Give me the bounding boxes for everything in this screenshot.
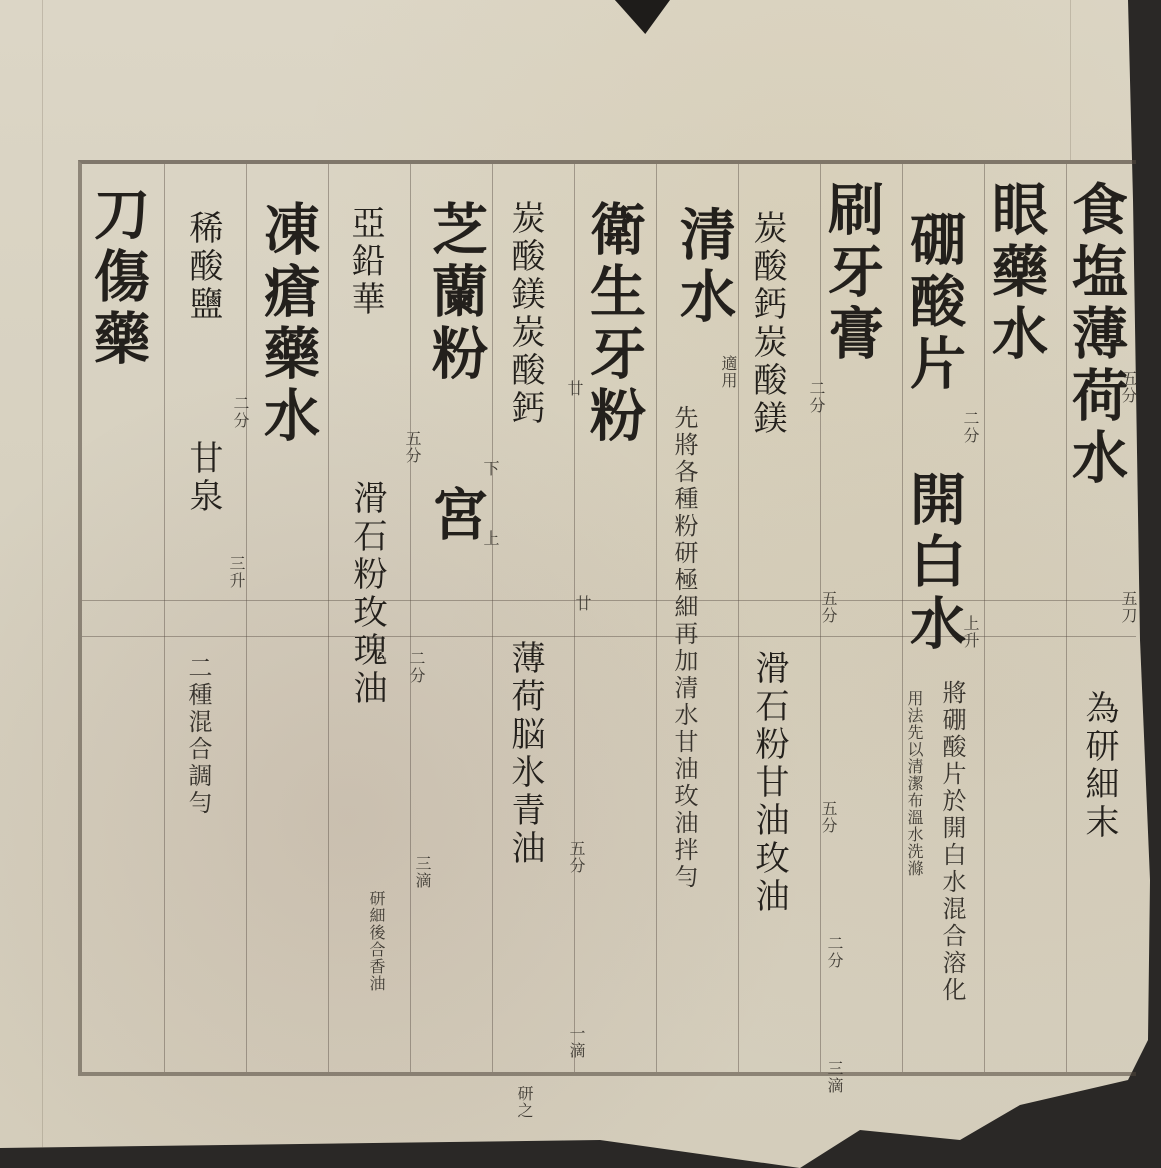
column-8-note: 一滴	[568, 1025, 584, 1059]
column-4-note: 二分	[808, 380, 824, 414]
column-6-ingredient: 清水	[676, 205, 732, 329]
column-12-instruction: 二種混合調勻	[186, 655, 210, 817]
column-rule	[328, 164, 329, 1072]
column-10-instruction: 研細後合香油	[368, 890, 384, 992]
column-12-ingredient: 甘泉	[186, 440, 220, 516]
column-10-note: 三滴	[414, 855, 430, 889]
column-5-note: 五分	[820, 800, 836, 834]
column-5-note: 五分	[820, 590, 836, 624]
column-9-note: 上	[482, 530, 498, 547]
column-rule	[492, 164, 493, 1072]
column-6-instruction: 先將各種粉研極細再加清水甘油玫油拌勻	[672, 405, 696, 891]
column-3-instruction: 將硼酸片於開白水混合溶化	[940, 680, 964, 1004]
column-3-usage: 用法先以清潔布溫水洗滌	[906, 690, 922, 877]
column-1-instruction: 為研細末	[1082, 690, 1116, 842]
column-8-note: 廿	[574, 595, 590, 612]
column-10-note: 五分	[404, 430, 420, 464]
column-8-ingredient: 薄荷脳氷青油	[508, 640, 542, 868]
column-5-ingredient: 滑石粉甘油玫油	[752, 650, 786, 916]
column-8-instruction: 研之	[516, 1085, 532, 1119]
column-1-note: 五分	[1120, 370, 1136, 404]
column-12-note: 三升	[228, 555, 244, 589]
column-5-note: 三滴	[826, 1060, 842, 1094]
column-8-note: 廿	[566, 380, 582, 397]
column-10-ingredient: 滑石粉玫瑰油	[350, 480, 384, 708]
fold-line-left	[42, 0, 43, 1148]
column-3-ingredient: 開白水	[906, 470, 962, 656]
column-3-ingredient: 硼酸片	[906, 210, 962, 396]
column-9-title: 芝蘭粉	[428, 200, 484, 386]
column-10-ingredient: 亞鉛華	[348, 205, 382, 319]
row-rule	[82, 600, 1136, 601]
column-6-note: 適用	[720, 355, 736, 389]
column-12-note: 二分	[232, 395, 248, 429]
column-10-note: 二分	[408, 650, 424, 684]
column-rule	[656, 164, 657, 1072]
column-3-note: 二分	[962, 410, 978, 444]
column-13-title: 刀傷藥	[90, 185, 146, 371]
column-rule	[738, 164, 739, 1072]
column-8-ingredient: 炭酸鎂炭酸鈣	[508, 200, 542, 428]
column-4-title: 刷牙膏	[824, 180, 880, 366]
column-3-note: 上升	[962, 615, 978, 649]
column-rule	[164, 164, 165, 1072]
column-5-note: 二分	[826, 935, 842, 969]
column-8-note: 五分	[568, 840, 584, 874]
fold-line	[1070, 0, 1071, 160]
column-9-note: 下	[482, 460, 498, 477]
column-7-title: 衛生牙粉	[586, 200, 642, 448]
column-5-ingredient: 炭酸鈣炭酸鎂	[750, 210, 784, 438]
column-2-title: 眼藥水	[988, 180, 1044, 366]
column-rule	[574, 164, 575, 1072]
column-12-ingredient: 稀酸鹽	[186, 210, 220, 324]
column-rule	[246, 164, 247, 1072]
column-9-title-cont: 宮	[428, 485, 484, 547]
column-11-title: 凍瘡藥水	[260, 200, 316, 448]
column-1-note: 五刀	[1120, 590, 1136, 624]
column-1-title: 食塩薄荷水	[1068, 180, 1124, 490]
column-rule	[410, 164, 411, 1072]
